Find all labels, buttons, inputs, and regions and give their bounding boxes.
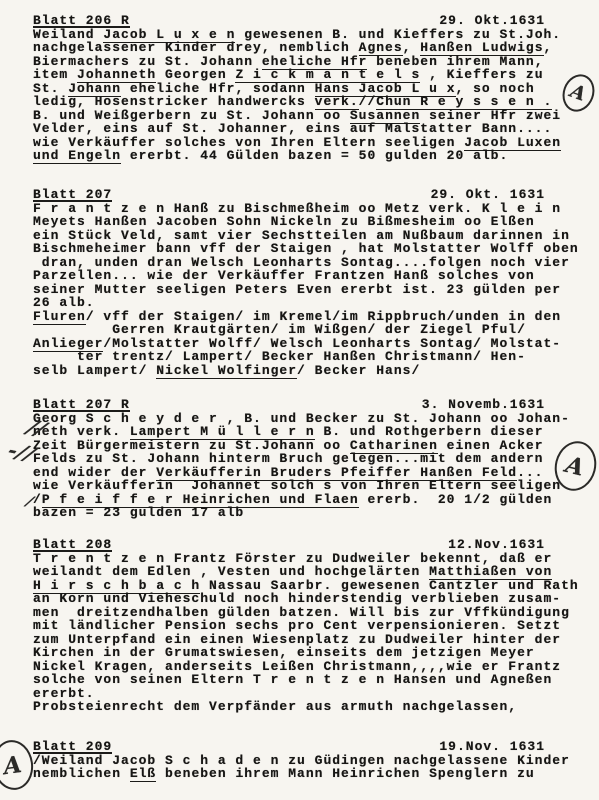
text-line: ledig, Hosenstricker handwercks verk.//C… xyxy=(33,95,561,109)
text-line: solche von seinen Eltern T r e n t z e n… xyxy=(33,673,579,687)
scanned-document-page: Blatt 206 R29. Okt.1631Weiland Jacob L u… xyxy=(0,0,599,800)
text-line: wie Verkäuffer solches von Ihren Eltern … xyxy=(33,136,561,150)
annotation-letter: A xyxy=(567,80,589,106)
text-segment: , xyxy=(544,40,553,55)
text-line: Anlieger/Molstatter Wolff/ Welsch Leonha… xyxy=(33,337,579,351)
text-line: dran, unden dran Welsch Leonharts Sontag… xyxy=(33,256,579,270)
text-line: Weiland Jacob L u x e n gewesenen B. und… xyxy=(33,28,561,42)
ledger-entry: Blatt 207 R3. Novemb.1631Georg S c h e y… xyxy=(33,398,570,520)
text-line: neth verk. Lampert M ü l l e r n B. und … xyxy=(33,425,570,439)
entry-heading: Blatt 207 xyxy=(33,188,112,202)
ledger-entry: Blatt 20729. Okt. 1631F r a n t z e n Ha… xyxy=(33,188,579,377)
text-line: H i r s c h b a c h Nassau Saarbr. gewes… xyxy=(33,579,579,593)
ledger-entry: Blatt 20919.Nov. 1631/Weiland Jacob S c … xyxy=(33,740,570,781)
text-line: F r a n t z e n Hanß zu Bischmeßheim oo … xyxy=(33,202,579,216)
text-line: ererbt. xyxy=(33,687,579,701)
text-line: 26 alb. xyxy=(33,296,579,310)
text-line: Kirchen in der Grumatswiesen, einseits d… xyxy=(33,646,579,660)
entry-date: 29. Okt. 1631 xyxy=(431,188,545,202)
entry-date: 3. Novemb.1631 xyxy=(422,398,545,412)
ledger-entry: Blatt 20812.Nov.1631T r e n t z e n Fran… xyxy=(33,538,579,714)
text-line: weilandt dem Edlen , Vesten und hochgelä… xyxy=(33,565,579,579)
text-line: seiner Mutter seeligen Peters Even ererb… xyxy=(33,283,579,297)
text-line: T r e n t z e n Frantz Förster zu Dudwei… xyxy=(33,552,579,566)
text-segment: nemblichen xyxy=(33,766,130,781)
entry-heading-row: Blatt 20729. Okt. 1631 xyxy=(33,188,545,202)
text-line: mit ländlicher Pension sechs pro Cent ve… xyxy=(33,619,579,633)
text-line: bazen = 23 gulden 17 alb xyxy=(33,506,570,520)
text-line: Nickel Kragen, anderseits Leißen Christm… xyxy=(33,660,579,674)
text-segment: solche von seinen Eltern T r e n t z e n… xyxy=(33,672,552,687)
text-line: Biermachers zu St. Johann eheliche Hfr b… xyxy=(33,55,561,69)
text-line: Parzellen... wie der Verkäuffer Frantzen… xyxy=(33,269,579,283)
underlined-text-segment: und Engeln xyxy=(33,148,121,164)
text-line: Georg S c h e y d e r , B. und Becker zu… xyxy=(33,412,570,426)
text-line: nachgelassener Kinder drey, nemblich Agn… xyxy=(33,41,561,55)
entry-date: 19.Nov. 1631 xyxy=(439,740,545,754)
text-line: ein Stück Veld, samt vier Sechstteilen a… xyxy=(33,229,579,243)
entry-heading: Blatt 208 xyxy=(33,538,112,552)
text-line: Bischmeheimer bann vff der Staigen , hat… xyxy=(33,242,579,256)
text-segment: / Becker Hans/ xyxy=(297,363,420,378)
text-segment: selb Lampert/ xyxy=(33,363,156,378)
ledger-entry: Blatt 206 R29. Okt.1631Weiland Jacob L u… xyxy=(33,14,561,163)
underlined-text-segment: Nickel Wolfinger xyxy=(156,363,297,379)
text-line: selb Lampert/ Nickel Wolfinger/ Becker H… xyxy=(33,364,579,378)
entry-heading-row: Blatt 20919.Nov. 1631 xyxy=(33,740,545,754)
annotation-letter: A xyxy=(563,451,588,482)
entry-heading: Blatt 209 xyxy=(33,740,112,754)
circled-a-annotation: A xyxy=(557,70,599,116)
text-segment: // xyxy=(359,94,377,109)
text-line: B. und Weißgerbern zu St. Johann oo Susa… xyxy=(33,109,561,123)
text-line: Meyets Hanßen Jacoben Sohn Nickeln zu Bi… xyxy=(33,215,579,229)
text-line: an Korn und Vieheschuld noch hinderstend… xyxy=(33,592,579,606)
entry-heading-row: Blatt 206 R29. Okt.1631 xyxy=(33,14,545,28)
text-line: und Engeln ererbt. 44 Gülden bazen = 50 … xyxy=(33,149,561,163)
text-line: wie Verkäufferin Johannet solch s von Ih… xyxy=(33,479,570,493)
text-line: item Johanneth Georgen Z i c k m a n t e… xyxy=(33,68,561,82)
annotation-letter: A xyxy=(2,750,24,779)
text-line: Velder, eins auf St. Johanner, eins auf … xyxy=(33,122,561,136)
text-line: Zeit Bürgermeistern zu St.Johann oo Cath… xyxy=(33,439,570,453)
text-line: Probsteienrecht dem Verpfänder aus armut… xyxy=(33,700,579,714)
text-segment: bazen = 23 gulden 17 alb xyxy=(33,505,244,520)
entry-heading-row: Blatt 207 R3. Novemb.1631 xyxy=(33,398,545,412)
text-line: end wider der Verkäufferin Bruders Pfeif… xyxy=(33,466,570,480)
entry-heading: Blatt 206 R xyxy=(33,14,130,28)
underlined-text-segment: Elß xyxy=(130,766,156,782)
entry-date: 29. Okt.1631 xyxy=(439,14,545,28)
text-line: ter trentz/ Lampert/ Becker Hanßen Chris… xyxy=(33,350,579,364)
text-line: /P f e i f f e r Heinrichen und Flaen er… xyxy=(33,493,570,507)
text-line: Gerren Krautgärten/ im Wißgen/ der Ziege… xyxy=(33,323,579,337)
text-line: Fluren/ vff der Staigen/ im Kremel/im Ri… xyxy=(33,310,579,324)
text-line: Felds zu St. Johann hinterm Bruch gelege… xyxy=(33,452,570,466)
entry-heading-row: Blatt 20812.Nov.1631 xyxy=(33,538,545,552)
text-line: zum Unterpfand ein einen Wiesenplatz zu … xyxy=(33,633,579,647)
text-segment: seiner Mutter seeligen Peters Even ererb… xyxy=(33,282,561,297)
text-line: St. Johann eheliche Hfr, sodann Hans Jac… xyxy=(33,82,561,96)
entry-heading: Blatt 207 R xyxy=(33,398,130,412)
circled-a-annotation: A xyxy=(0,737,36,792)
text-line: nemblichen Elß beneben ihrem Mann Heinri… xyxy=(33,767,570,781)
entry-date: 12.Nov.1631 xyxy=(448,538,545,552)
text-segment: Probsteienrecht dem Verpfänder aus armut… xyxy=(33,699,517,714)
text-segment: beneben ihrem Mann Heinrichen Spenglern … xyxy=(156,766,534,781)
text-line: /Weiland Jacob S c h a d e n zu Güdingen… xyxy=(33,754,570,768)
text-segment: ererbt. 44 Gülden bazen = 50 gulden 20 a… xyxy=(121,148,508,163)
text-line: men dreitzendhalben gülden batzen. Will … xyxy=(33,606,579,620)
text-segment: ererb. 20 1/2 gülden xyxy=(359,492,553,507)
